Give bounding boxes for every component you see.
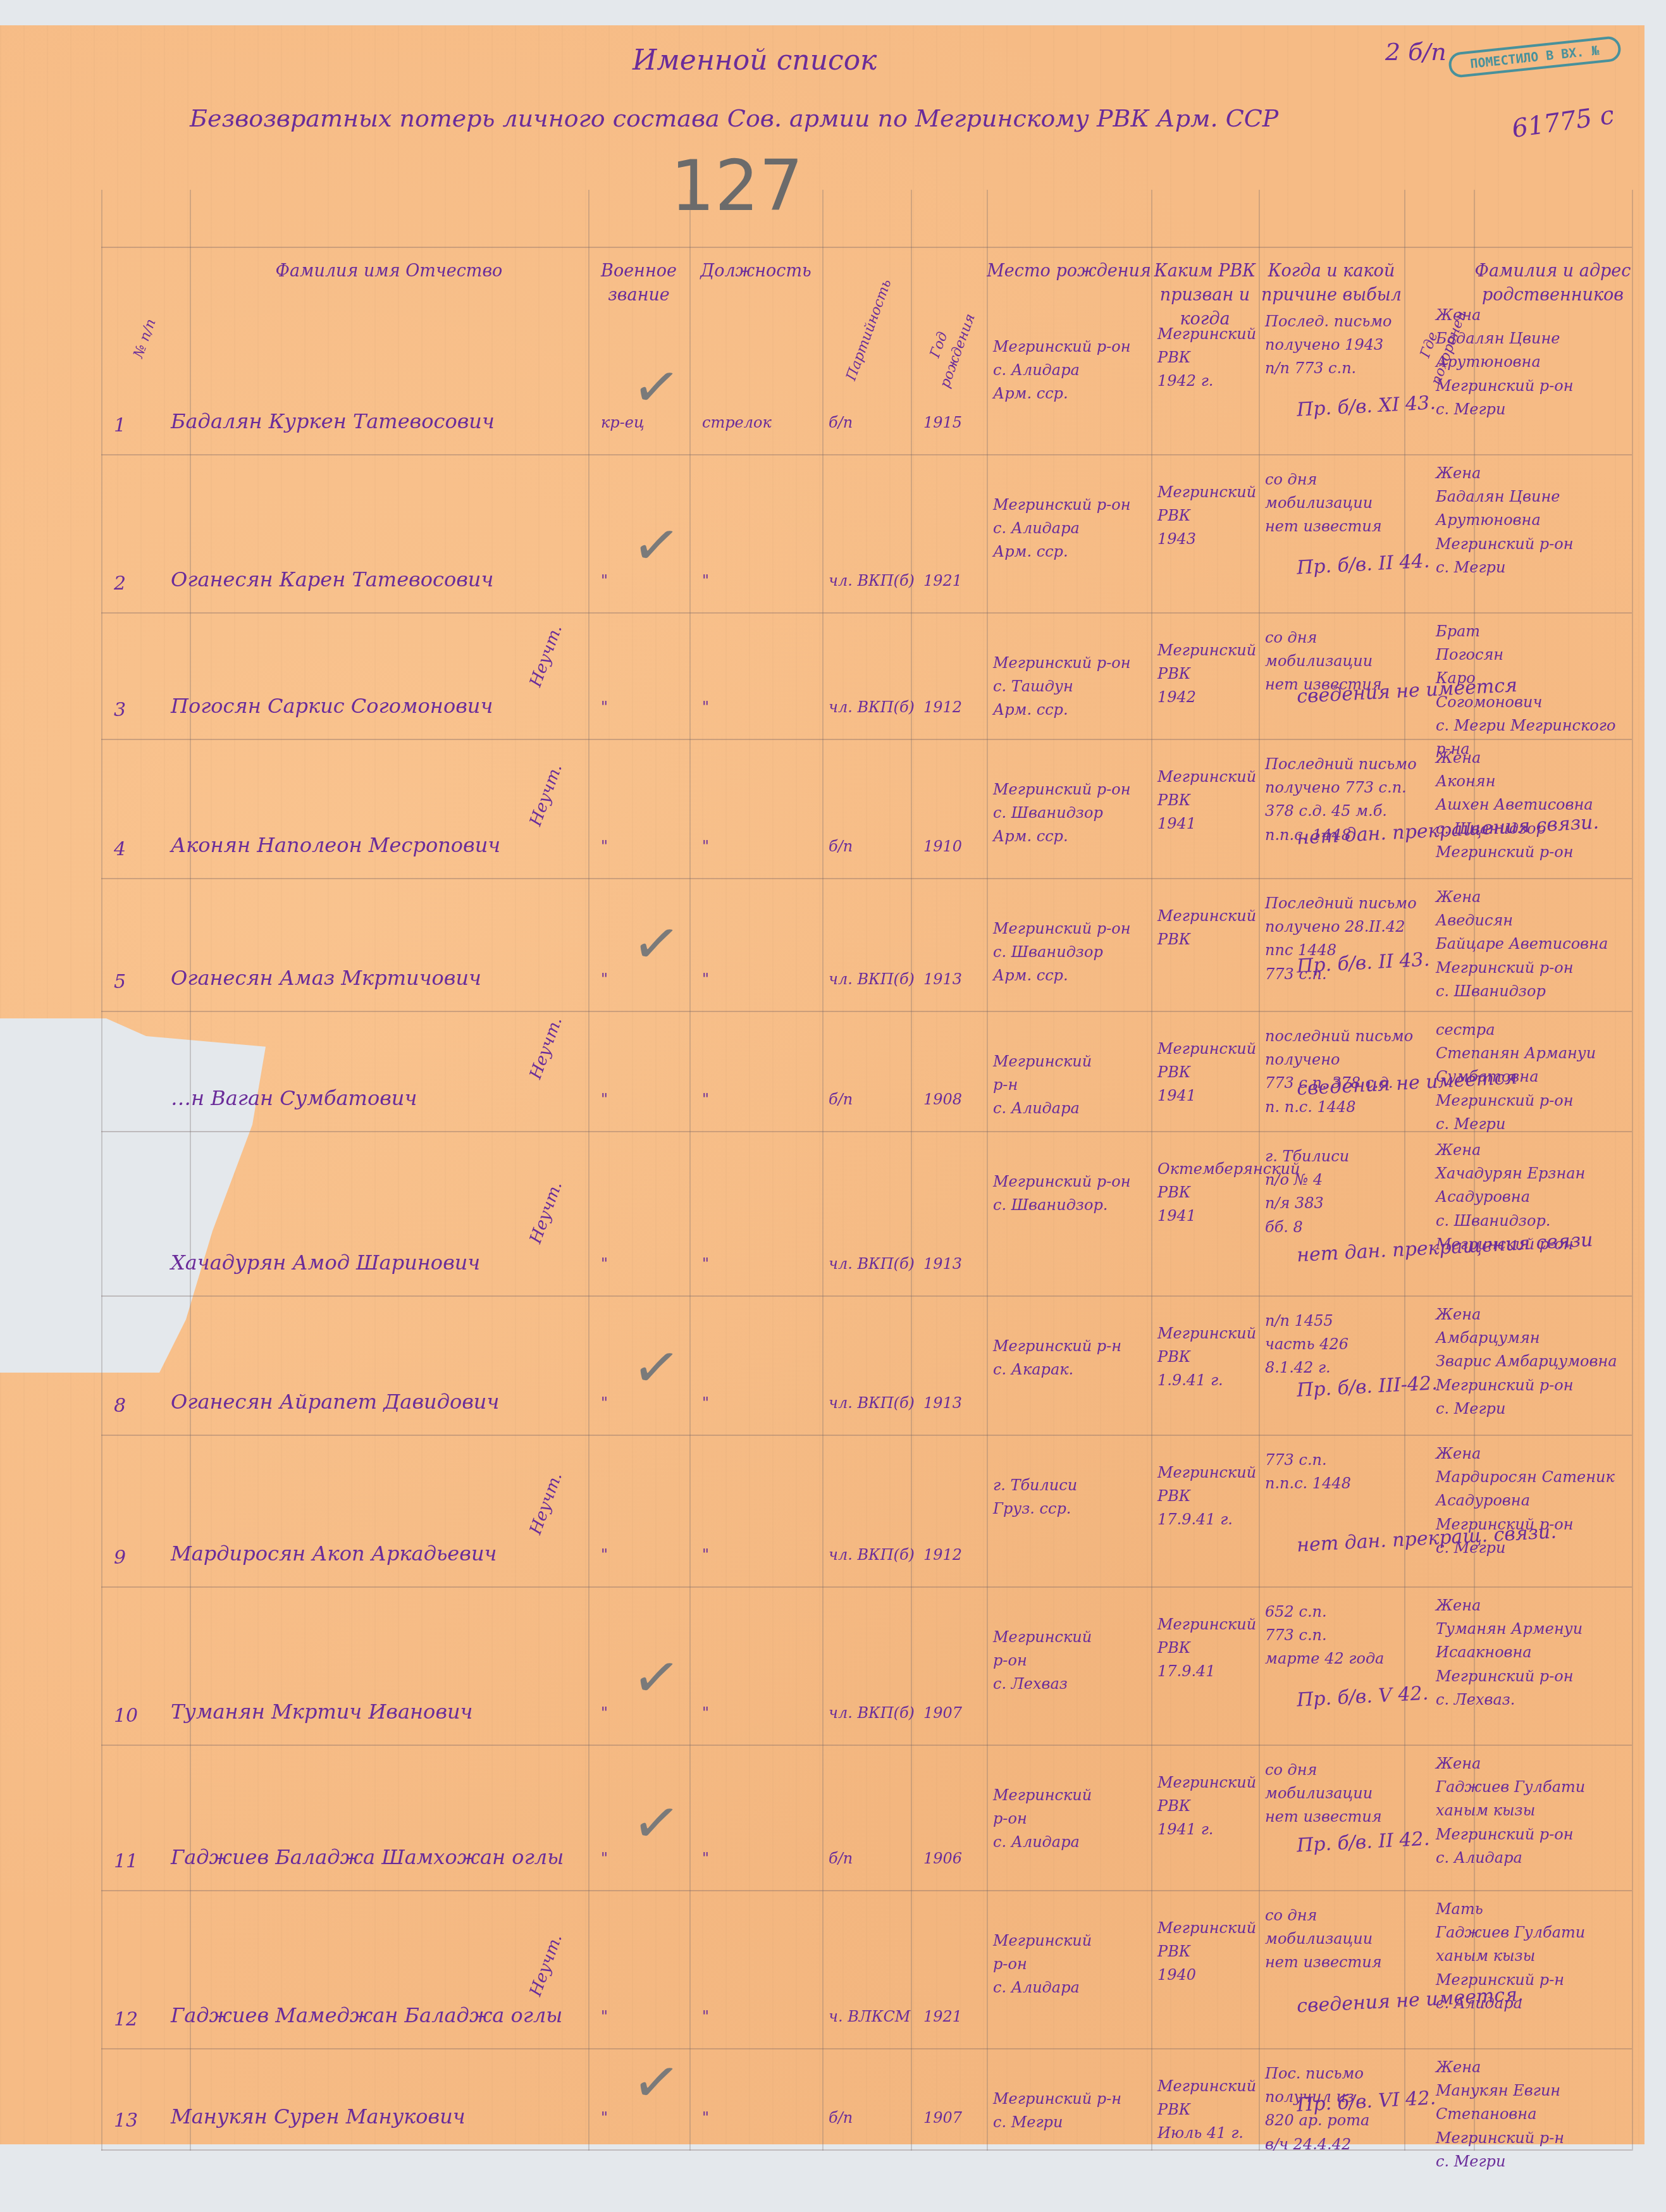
column-header: Фамилия и адрес родственников bbox=[1474, 259, 1632, 307]
cell-party: б/п bbox=[829, 1088, 917, 1111]
column-header: Должность bbox=[689, 259, 822, 283]
cell-party: чл. ВКП(б) bbox=[829, 1702, 917, 1725]
cell-name: Хачадурян Амод Шаринович bbox=[171, 1247, 651, 1279]
cell-drafted: Октемберянский РВК 1941 bbox=[1157, 1158, 1265, 1228]
cell-name: Оганесян Карен Татевосович bbox=[171, 564, 651, 596]
cell-relatives: Жена Бадалян Цвине Арутюновна Мегринский… bbox=[1436, 462, 1632, 579]
cell-name: Мардиросян Акоп Аркадьевич bbox=[171, 1538, 651, 1570]
cell-position: " bbox=[702, 1088, 822, 1111]
pencil-checkmark-icon: ✓ bbox=[628, 1332, 684, 1404]
cell-party: б/п bbox=[829, 835, 917, 858]
cell-position: " bbox=[702, 1847, 822, 1870]
cell-party: чл. ВКП(б) bbox=[829, 1252, 917, 1276]
cell-drafted: Мегринский РВК bbox=[1157, 905, 1265, 951]
pencil-checkmark-icon: ✓ bbox=[628, 2046, 684, 2118]
cell-birthplace: Мегринский р-он с. Алидара bbox=[993, 1929, 1151, 2000]
cell-party: чл. ВКП(б) bbox=[829, 696, 917, 719]
cell-birth-year: 1912 bbox=[923, 696, 993, 719]
cell-birthplace: Мегринский р-н с. Акарак. bbox=[993, 1335, 1151, 1381]
cell-drafted: Мегринский РВК 1943 bbox=[1157, 481, 1265, 552]
cell-birthplace: Мегринский р-он с. Алидара Арм. сср. bbox=[993, 493, 1151, 564]
cell-relatives: Жена Гаджиев Гулбати ханым кызы Мегринск… bbox=[1436, 1752, 1632, 1870]
cell-birth-year: 1908 bbox=[923, 1088, 993, 1111]
cell-birthplace: Мегринский р-он с. Лехваз bbox=[993, 1626, 1151, 1696]
cell-birth-year: 1907 bbox=[923, 2106, 993, 2130]
cell-birth-year: 1913 bbox=[923, 1392, 993, 1415]
cell-drafted: Мегринский РВК 1941 г. bbox=[1157, 1771, 1265, 1842]
document-subtitle: Безвозвратных потерь личного состава Сов… bbox=[190, 104, 1391, 132]
cell-rank: " bbox=[601, 1252, 696, 1276]
column-header: Каким РВК призван и когда bbox=[1151, 259, 1259, 331]
cell-birth-year: 1910 bbox=[923, 835, 993, 858]
cell-name: Погосян Саркис Согомонович bbox=[171, 691, 651, 722]
row-divider bbox=[101, 1586, 1632, 1588]
cell-rank: " bbox=[601, 696, 696, 719]
row-divider bbox=[101, 612, 1632, 614]
cell-birthplace: Мегринский р-н с. Алидара bbox=[993, 1050, 1151, 1121]
cell-birthplace: Мегринский р-он с. Шванидзор. bbox=[993, 1170, 1151, 1217]
pencil-checkmark-icon: ✓ bbox=[628, 1641, 684, 1714]
cell-drafted: Мегринский РВК 17.9.41 bbox=[1157, 1613, 1265, 1684]
cell-relatives: Жена Манукян Евгин Степановна Мегринский… bbox=[1436, 2056, 1632, 2173]
cell-position: " bbox=[702, 968, 822, 991]
cell-birth-year: 1912 bbox=[923, 1543, 993, 1567]
pencil-checkmark-icon: ✓ bbox=[628, 1787, 684, 1859]
row-divider bbox=[101, 1435, 1632, 1436]
cell-drafted: Мегринский РВК 1940 bbox=[1157, 1917, 1265, 1987]
cell-party: чл. ВКП(б) bbox=[829, 1543, 917, 1567]
cell-drafted: Мегринский РВК 17.9.41 г. bbox=[1157, 1461, 1265, 1532]
cell-relatives: Жена Туманян Арменуи Исаакновна Мегринск… bbox=[1436, 1594, 1632, 1712]
cell-name: Аконян Наполеон Месропович bbox=[171, 830, 651, 862]
cell-birth-year: 1921 bbox=[923, 569, 993, 593]
cell-birth-year: 1913 bbox=[923, 1252, 993, 1276]
cell-birthplace: Мегринский р-он с. Ташдун Арм. сср. bbox=[993, 652, 1151, 722]
cell-position: стрелок bbox=[702, 411, 822, 435]
cell-party: чл. ВКП(б) bbox=[829, 968, 917, 991]
cell-relatives: Жена Аведисян Байцаре Аветисовна Мегринс… bbox=[1436, 886, 1632, 1003]
pencil-checkmark-icon: ✓ bbox=[628, 908, 684, 980]
column-divider bbox=[822, 190, 824, 2151]
cell-name: Оганесян Амаз Мкртичович bbox=[171, 963, 651, 994]
row-divider bbox=[101, 1745, 1632, 1746]
cell-birth-year: 1921 bbox=[923, 2005, 993, 2029]
cell-position: " bbox=[702, 1392, 822, 1415]
cell-position: " bbox=[702, 1702, 822, 1725]
cell-position: " bbox=[702, 835, 822, 858]
row-divider bbox=[101, 1295, 1632, 1297]
row-divider bbox=[101, 1890, 1632, 1891]
column-header: Военное звание bbox=[588, 259, 689, 307]
cell-birthplace: Мегринский р-он с. Шванидзор Арм. сср. bbox=[993, 778, 1151, 849]
cell-name: Туманян Мкртич Иванович bbox=[171, 1696, 651, 1728]
document-title: Именной список bbox=[632, 44, 877, 77]
cell-position: " bbox=[702, 2106, 822, 2130]
row-divider bbox=[101, 2048, 1632, 2049]
cell-rank: " bbox=[601, 1543, 696, 1567]
pencil-checkmark-icon: ✓ bbox=[628, 351, 684, 423]
cell-position: " bbox=[702, 696, 822, 719]
row-divider bbox=[101, 739, 1632, 740]
cell-rank: " bbox=[601, 835, 696, 858]
cell-birthplace: г. Тбилиси Груз. сср. bbox=[993, 1474, 1151, 1521]
cell-drafted: Мегринский РВК 1.9.41 г. bbox=[1157, 1322, 1265, 1393]
cell-drafted: Мегринский РВК Июль 41 г. bbox=[1157, 2075, 1265, 2146]
column-divider bbox=[101, 190, 102, 2151]
column-header: Фамилия имя Отчество bbox=[190, 259, 588, 283]
cell-position: " bbox=[702, 1252, 822, 1276]
cell-position: " bbox=[702, 569, 822, 593]
cell-name: Манукян Сурен Манукович bbox=[171, 2101, 651, 2133]
cell-party: б/п bbox=[829, 2106, 917, 2130]
cell-name: Бадалян Куркен Татевосович bbox=[171, 406, 651, 438]
cell-drafted: Мегринский РВК 1942 bbox=[1157, 639, 1265, 710]
cell-party: чл. ВКП(б) bbox=[829, 569, 917, 593]
cell-position: " bbox=[702, 2005, 822, 2029]
row-divider bbox=[101, 878, 1632, 879]
cell-birthplace: Мегринский р-он с. Шванидзор Арм. сср. bbox=[993, 917, 1151, 988]
row-divider bbox=[101, 1131, 1632, 1132]
cell-birthplace: Мегринский р-он с. Алидара Арм. сср. bbox=[993, 335, 1151, 406]
row-divider bbox=[101, 1011, 1632, 1012]
cell-relatives: Жена Бадалян Цвине Арутюновна Мегринский… bbox=[1436, 304, 1632, 421]
cell-birth-year: 1906 bbox=[923, 1847, 993, 1870]
row-divider bbox=[101, 454, 1632, 455]
cell-party: б/п bbox=[829, 1847, 917, 1870]
document-reference: 2 б/п bbox=[1385, 38, 1447, 66]
cell-birth-year: 1915 bbox=[923, 411, 993, 435]
cell-name: Гаджиев Мамеджан Баладжа оглы bbox=[171, 2000, 651, 2032]
cell-name: Оганесян Айрапет Давидович bbox=[171, 1387, 651, 1418]
cell-rank: " bbox=[601, 1088, 696, 1111]
pencil-checkmark-icon: ✓ bbox=[628, 509, 684, 581]
cell-party: чл. ВКП(б) bbox=[829, 1392, 917, 1415]
column-header: Место рождения bbox=[987, 259, 1151, 283]
cell-position: " bbox=[702, 1543, 822, 1567]
cell-drafted: Мегринский РВК 1942 г. bbox=[1157, 323, 1265, 393]
column-header: Когда и какой причине выбыл bbox=[1259, 259, 1404, 307]
cell-name: …н Ваган Сумбатович bbox=[171, 1083, 651, 1115]
cell-party: б/п bbox=[829, 411, 917, 435]
cell-birth-year: 1913 bbox=[923, 968, 993, 991]
cell-rank: " bbox=[601, 2005, 696, 2029]
cell-drafted: Мегринский РВК 1941 bbox=[1157, 1037, 1265, 1108]
column-divider bbox=[1151, 190, 1152, 2151]
cell-birth-year: 1907 bbox=[923, 1702, 993, 1725]
column-divider bbox=[1632, 190, 1633, 2151]
cell-birthplace: Мегринский р-он с. Алидара bbox=[993, 1784, 1151, 1855]
cell-relatives: Жена Аконян Ашхен Аветисовна с. Шванидзо… bbox=[1436, 746, 1632, 864]
cell-birthplace: Мегринский р-н с. Мегри bbox=[993, 2087, 1151, 2134]
header-top-rule bbox=[101, 247, 1632, 248]
cell-drafted: Мегринский РВК 1941 bbox=[1157, 765, 1265, 836]
cell-name: Гаджиев Баладжа Шамхожан оглы bbox=[171, 1842, 651, 1874]
cell-party: ч. ВЛКСМ bbox=[829, 2005, 917, 2029]
cell-relatives: Жена Амбарцумян Зварис Амбарцумовна Мегр… bbox=[1436, 1303, 1632, 1421]
